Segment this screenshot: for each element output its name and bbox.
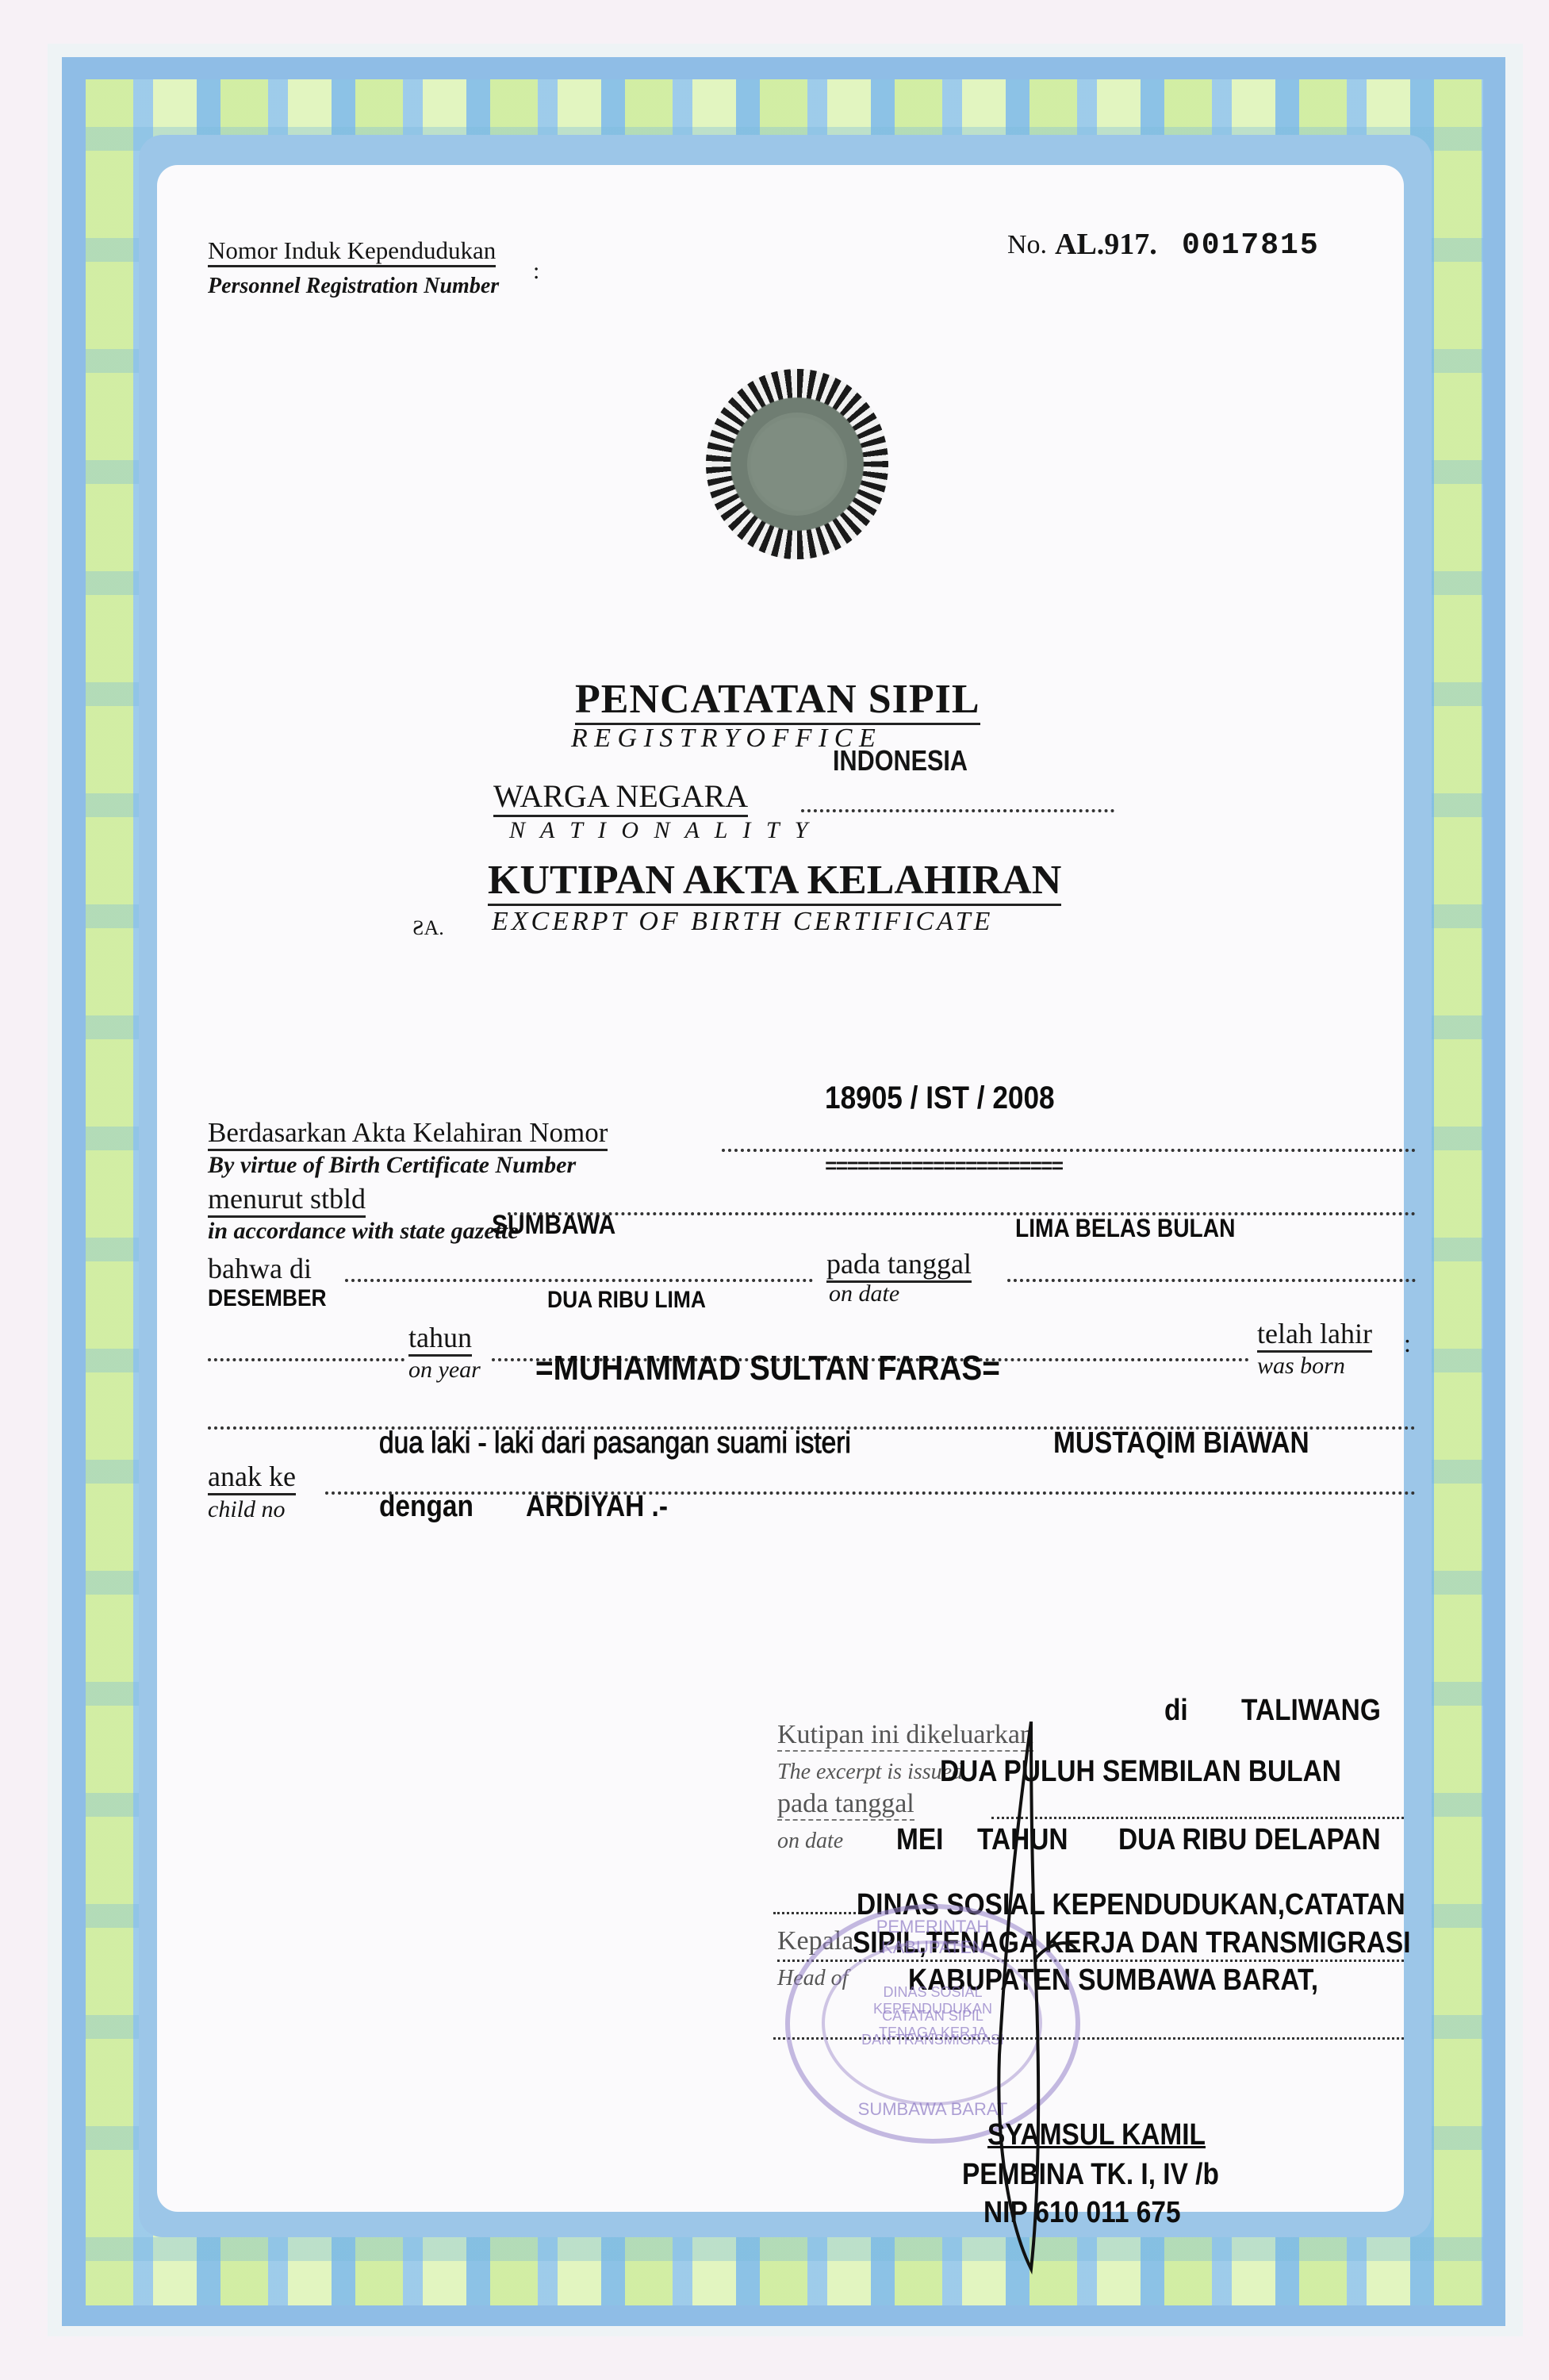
child-order-value: dua laki - laki dari pasangan suami iste… — [379, 1426, 851, 1461]
issue-date-label-en: on date — [777, 1829, 843, 1854]
date-dotted-line — [1007, 1279, 1416, 1282]
garuda-emblem-icon — [706, 369, 888, 559]
nationality-label-en: N A T I O N A L I T Y — [509, 817, 812, 844]
child-name: =MUHAMMAD SULTAN FARAS= — [535, 1349, 1000, 1388]
stbld-dotted-line — [508, 1212, 1416, 1215]
serial-series: AL.917. — [1055, 227, 1157, 262]
serial-number: 0017815 — [1182, 228, 1320, 263]
born-label: telah lahir — [1257, 1317, 1372, 1353]
date-label: pada tanggal — [826, 1247, 972, 1283]
born-label-en: was born — [1257, 1353, 1345, 1380]
certificate-title: KUTIPAN AKTA KELAHIRAN — [488, 857, 1061, 906]
nik-colon: : — [533, 258, 539, 285]
birth-month-value: DESEMBER — [208, 1285, 327, 1312]
certificate-title-en: EXCERPT OF BIRTH CERTIFICATE — [492, 907, 993, 937]
serial-prefix: No. — [1007, 230, 1047, 260]
mother-connector: dengan — [379, 1490, 474, 1524]
office-dotted-line — [773, 1912, 861, 1914]
place-dotted-line — [345, 1279, 813, 1282]
issue-month-value: MEI — [896, 1823, 943, 1857]
date-label-en: on date — [829, 1280, 899, 1307]
nationality-value: INDONESIA — [833, 744, 968, 777]
father-name: MUSTAQIM BIAWAN — [1053, 1426, 1309, 1461]
act-number-label: Berdasarkan Akta Kelahiran Nomor — [208, 1117, 608, 1151]
bahwa-label: bahwa di — [208, 1252, 312, 1285]
child-no-dotted-line — [325, 1491, 1416, 1495]
nik-label-en: Personnel Registration Number — [208, 274, 499, 299]
stbld-label-en: in accordance with state gazette — [208, 1218, 519, 1245]
office-title: PENCATATAN SIPIL — [575, 676, 980, 725]
mother-name: ARDIYAH .- — [526, 1490, 668, 1524]
nationality-dotted-line — [801, 809, 1114, 812]
issue-place-prefix: di — [1164, 1694, 1188, 1728]
margin-note: ƧA. — [412, 916, 444, 940]
nationality-label: WARGA NEGARA — [493, 777, 748, 817]
child-no-label: anak ke — [208, 1460, 296, 1495]
act-number-filler: ====================== — [825, 1155, 1062, 1179]
born-colon: : — [1404, 1329, 1411, 1358]
nik-label: Nomor Induk Kependudukan — [208, 236, 496, 267]
year-label: tahun — [408, 1321, 472, 1357]
year-label-en: on year — [408, 1357, 481, 1384]
act-number-value: 18905 / IST / 2008 — [825, 1081, 1055, 1116]
stbld-label: menurut stbld — [208, 1182, 366, 1218]
birth-year-words-value: DUA RIBU LIMA — [547, 1287, 706, 1314]
issue-date-label: pada tanggal — [777, 1789, 914, 1821]
year-dotted-line — [208, 1358, 405, 1361]
handwritten-signature — [983, 1722, 1079, 2277]
act-number-dotted-line — [722, 1149, 1416, 1152]
office-title-en: R E G I S T R Y O F F I C E — [571, 724, 876, 754]
issued-label-en: The excerpt is issued — [777, 1760, 963, 1785]
birth-place-value: SUMBAWA — [492, 1210, 615, 1241]
child-no-label-en: child no — [208, 1496, 286, 1523]
act-number-label-en: By virtue of Birth Certificate Number — [208, 1152, 576, 1179]
birth-date-value: LIMA BELAS BULAN — [1015, 1214, 1235, 1243]
issue-place-value: TALIWANG — [1241, 1694, 1381, 1728]
issue-year-value: DUA RIBU DELAPAN — [1118, 1823, 1381, 1857]
